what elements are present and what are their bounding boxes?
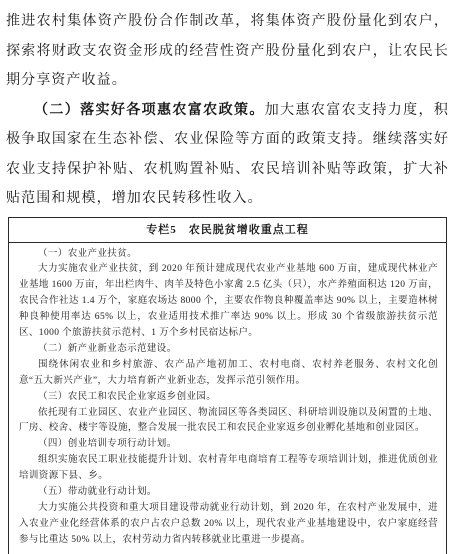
- box-item-body: 依托现有工业园区、农业产业园区、物流园区等各类园区、科研培训设施以及闲置的土地、…: [19, 406, 438, 438]
- section-2-heading: （二）落实好各项惠农富农政策。: [34, 103, 265, 118]
- box-item-heading: （五）带动就业行动计划。: [19, 485, 438, 501]
- document-page: 推进农村集体资产股份合作制改革，将集体资产股份量化到农户，探索将财政支农资金形成…: [0, 0, 454, 554]
- column-5-body: （一）农业产业扶贫。 大力实施农业产业扶贫，到 2020 年预计建成现代农业产业…: [9, 243, 446, 554]
- box-item-body: 大力实施公共投资和重大项目建设带动就业行动计划，到 2020 年，在农村产业发展…: [19, 501, 438, 549]
- box-item-heading: （一）农业产业扶贫。: [19, 247, 438, 263]
- box-item-heading: （四）创业培训专项行动计划。: [19, 437, 438, 453]
- box-item-body: 组织实施农民工职业技能提升计划、农村青年电商培育工程等专项培训计划，推进优质创业…: [19, 453, 438, 485]
- box-item-body: 围绕休闲农业和乡村旅游、农产品产地初加工、农村电商、农村养老服务、农村文化创意“…: [19, 358, 438, 390]
- column-5-title: 专栏5 农民脱贫增收重点工程: [9, 218, 446, 243]
- paragraph-continued: 推进农村集体资产股份合作制改革，将集体资产股份量化到农户，探索将财政支农资金形成…: [6, 7, 449, 96]
- box-item-heading: （三）农民工和农民企业家返乡创业园。: [19, 390, 438, 406]
- paragraph-section-2: （二）落实好各项惠农富农政策。加大惠农富农支持力度，积极争取国家在生态补偿、农业…: [6, 96, 449, 214]
- section-2-body: 加大惠农富农支持力度，积极争取国家在生态补偿、农业保险等方面的政策支持。继续落实…: [6, 103, 449, 207]
- box-item-heading: （二）新产业新业态示范建设。: [19, 342, 438, 358]
- box-item-body: 大力实施农业产业扶贫，到 2020 年预计建成现代农业产业基地 600 万亩，建…: [19, 262, 438, 342]
- column-5-box: 专栏5 农民脱贫增收重点工程 （一）农业产业扶贫。 大力实施农业产业扶贫，到 2…: [8, 217, 447, 554]
- body-text: 推进农村集体资产股份合作制改革，将集体资产股份量化到农户，探索将财政支农资金形成…: [6, 7, 449, 214]
